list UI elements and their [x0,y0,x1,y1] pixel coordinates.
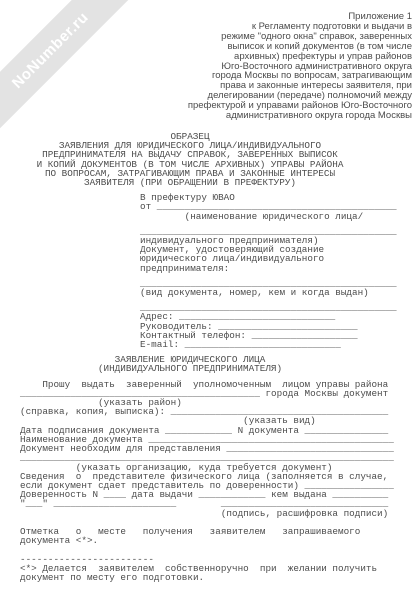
sample-title-line: ЗАЯВИТЕЛЯ (ПРИ ОБРАЩЕНИИ В ПРЕФЕКТУРУ) [20,178,360,187]
watermark-ribbon: NoNumber.ru [0,0,136,136]
footnote-line: документ по месту его подготовки. [20,573,404,582]
appendix-note: Приложение 1 к Регламенту подготовки и в… [160,12,412,121]
form-line: E-mail: ____________________________ [20,340,404,349]
document-page: NoNumber.ru Приложение 1 к Регламенту по… [0,0,420,600]
form-line: предпринимателя: [20,264,404,273]
form-line: (вид документа, номер, кем и когда выдан… [20,288,404,297]
statement-title-line: (ИНДИВИДУАЛЬНОГО ПРЕДПРИНИМАТЕЛЯ) [20,364,360,373]
body-line: документа <*>. [20,536,404,545]
document-body: ОБРАЗЕЦ ЗАЯВЛЕНИЯ ДЛЯ ЮРИДИЧЕСКОГО ЛИЦА/… [20,132,404,582]
body-line: (подпись, расшифровка подписи) [20,509,404,518]
form-line: (наименование юридического лица/ [20,212,404,221]
footnote: ------------------------ <*> Делается за… [20,555,404,583]
statement-body: Прошу выдать заверенный уполномоченным л… [20,380,404,546]
sample-title: ОБРАЗЕЦ ЗАЯВЛЕНИЯ ДЛЯ ЮРИДИЧЕСКОГО ЛИЦА/… [20,132,360,187]
appendix-note-line: административного округа города Москвы [160,111,412,121]
recipient-form: В префектуру ЮВАО от ___________________… [20,193,404,349]
statement-title: ЗАЯВЛЕНИЕ ЮРИДИЧЕСКОГО ЛИЦА (ИНДИВИДУАЛЬ… [20,355,360,373]
watermark-text: NoNumber.ru [8,8,91,91]
